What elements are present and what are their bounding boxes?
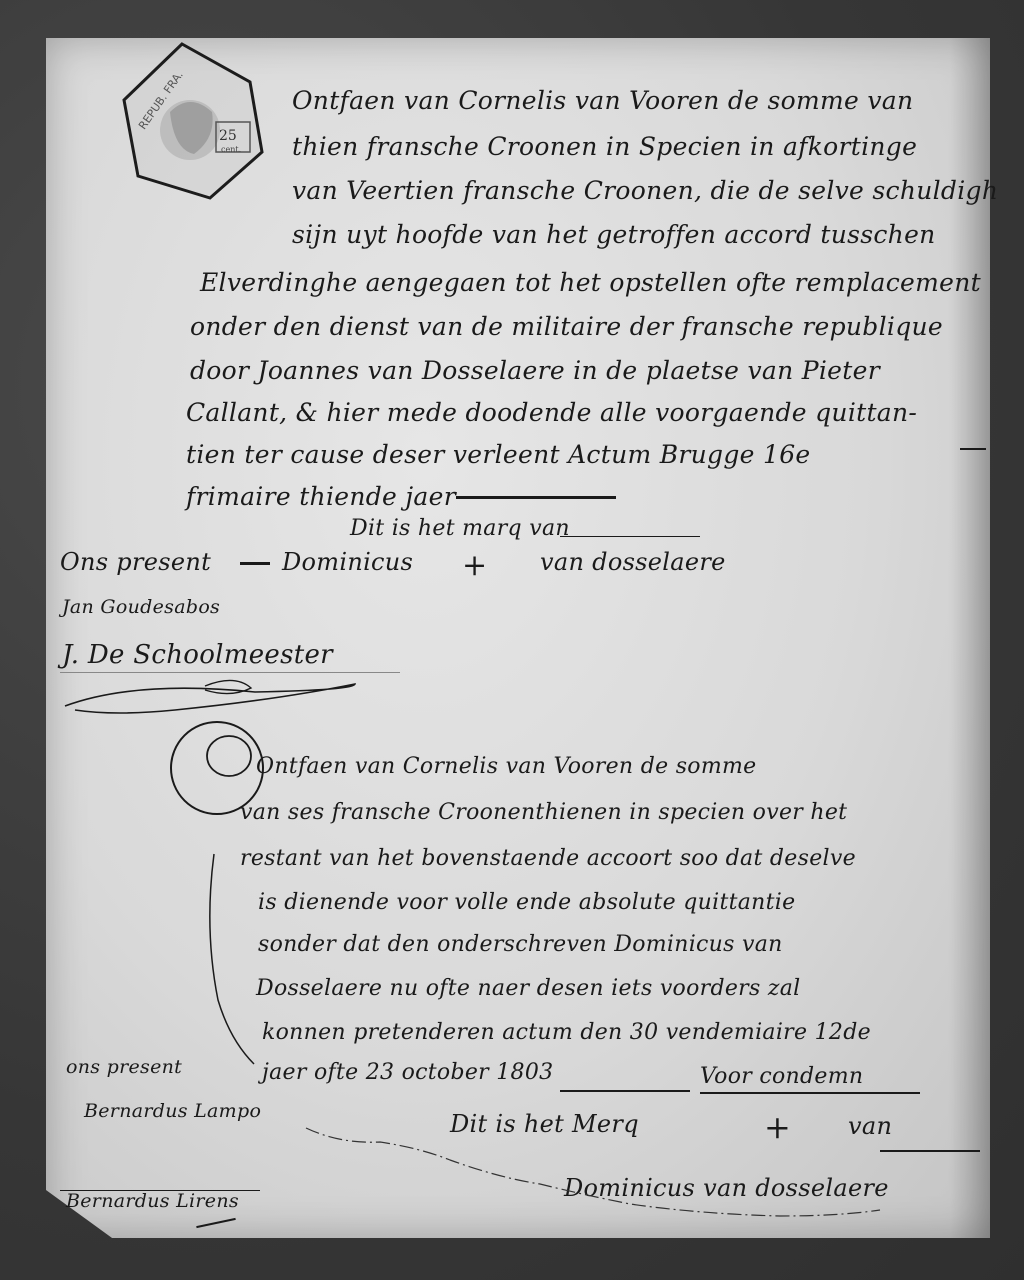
receipt2-line: van ses fransche Croonenthienen in speci… [240,800,847,825]
mark-name-last: van dosselaere [540,548,726,576]
signature-strike-rule [60,1190,260,1191]
receipt1-line: Callant, & hier mede doodende alle voorg… [186,398,917,427]
svg-text:cent.: cent. [221,145,241,154]
receipt1-line: sijn uyt hoofde van het getroffen accord… [292,220,936,249]
receipt2-line: restant van het bovenstaende accoort soo… [240,846,856,871]
receipt1-line: frimaire thiende jaer [186,482,456,511]
receipt1-line: Elverdinghe aengegaen tot het opstellen … [200,268,981,297]
line-filler-rule [960,448,986,450]
decorative-flourish-icon [300,1120,900,1220]
signature-flourish-icon [55,670,395,720]
witness-signature: Bernardus Lirens [66,1190,239,1212]
dash-rule [240,562,270,565]
receipt2-line: is dienende voor volle ende absolute qui… [258,890,795,915]
closing-rule [700,1092,920,1094]
receipt1-line: thien fransche Croonen in Specien in afk… [292,132,917,161]
paper-edge-shadow [950,38,990,1238]
margin-stroke-icon [200,850,260,1070]
witness-label: Ons present [60,548,211,576]
receipt1-line: tien ter cause deser verleent Actum Brug… [186,440,811,469]
paper-sheet [46,38,990,1238]
receipt1-line: door Joannes van Dosselaere in de plaets… [190,356,880,385]
witness-signature: Bernardus Lampo [84,1100,261,1122]
receipt1-line: van Veertien fransche Croonen, die de se… [292,176,998,205]
cross-mark: + [462,548,487,583]
receipt2-line: jaer ofte 23 october 1803 [262,1060,553,1085]
receipt1-line: onder den dienst van de militaire der fr… [190,312,943,341]
witness-signature: Jan Goudesabos [62,596,220,618]
mark-statement: Dit is het marq van [350,516,570,541]
hexagon-stamp-icon: REPUB. FRA. 25 cent. [120,42,270,200]
witness-signature: J. De Schoolmeester [62,640,333,670]
receipt2-line: sonder dat den onderschreven Dominicus v… [258,932,783,957]
receipt2-line: Ontfaen van Cornelis van Vooren de somme [256,754,756,779]
line-filler-rule [456,496,616,499]
receipt1-line: Ontfaen van Cornelis van Vooren de somme… [292,86,913,115]
mark-rule [560,536,700,537]
mark-name-first: Dominicus [282,548,413,576]
receipt2-line: konnen pretenderen actum den 30 vendemia… [262,1020,871,1045]
tax-stamp: REPUB. FRA. 25 cent. [120,42,270,200]
year-underline [560,1090,690,1092]
receipt2-line: Dosselaere nu ofte naer desen iets voord… [256,976,801,1001]
svg-text:25: 25 [219,128,237,144]
closing-statement: Voor condemn [700,1064,863,1089]
document-scan: REPUB. FRA. 25 cent. Ontfaen van Corneli… [0,0,1024,1280]
witness-label: ons present [66,1056,182,1078]
